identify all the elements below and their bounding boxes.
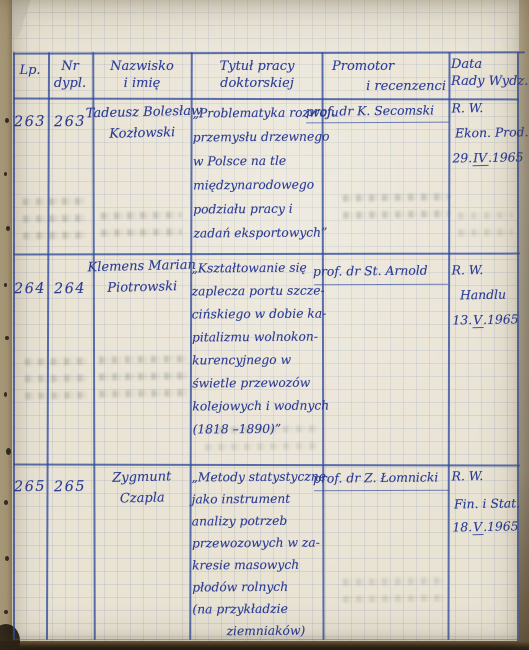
column-header-lp: Lp. xyxy=(13,62,47,79)
handwritten-line: (na przykładzie xyxy=(192,598,324,621)
handwritten-line: Data xyxy=(451,56,515,73)
handwritten-line: pitalizmu wolnokon- xyxy=(192,326,324,350)
handwritten-line: Nr xyxy=(47,58,93,75)
handwritten-line: zadań eksportowych” xyxy=(193,221,323,246)
handwritten-line: kolejowych i wodnych xyxy=(192,395,324,419)
handwritten-line: w Polsce na tle xyxy=(193,149,323,174)
handwritten-line: i recenzenci xyxy=(324,78,446,95)
stitch-dot xyxy=(4,172,7,176)
date-year: .1965 xyxy=(488,149,524,165)
handwritten-line: kresie masowych xyxy=(192,554,324,577)
faculty-abbreviation: Handlu xyxy=(452,286,516,302)
faculty-abbreviation: Ekon. Prod. xyxy=(452,124,516,140)
handwritten-line: przewozowych w za- xyxy=(192,532,324,555)
candidate-name-cell: Klemens MarianPiotrowski xyxy=(86,255,199,300)
date-month: V xyxy=(472,312,483,328)
handwritten-line: „Metody statystyczne xyxy=(191,466,323,489)
book-spine-edge xyxy=(0,0,12,650)
table-vertical-line xyxy=(517,52,519,642)
faculty-abbreviation: Fin. i Stat. xyxy=(452,495,516,511)
ink-bleed-through xyxy=(22,358,89,400)
handwritten-line: „Kształtowanie się xyxy=(191,257,323,281)
handwritten-line: Klemens Marian xyxy=(86,255,198,279)
column-header-name: Nazwiskoi imię xyxy=(94,58,190,92)
date-line: 18.V.1965 xyxy=(452,518,516,534)
handwritten-line: Tadeusz Bolesław xyxy=(86,101,198,125)
stitch-dot xyxy=(6,226,10,231)
handwritten-line: międzynarodowego xyxy=(193,173,323,198)
table-vertical-line xyxy=(46,52,50,640)
date-day: 13. xyxy=(452,312,472,327)
candidate-name-cell: ZygmuntCzapla xyxy=(86,466,199,511)
handwritten-line: Tytuł pracy xyxy=(192,58,322,75)
handwritten-line: płodów rolnych xyxy=(192,576,324,599)
thesis-title-cell: „Kształtowanie sięzaplecza portu szcze-c… xyxy=(191,257,324,442)
column-header-thesis-title: Tytuł pracydoktorskiej xyxy=(192,58,322,92)
promoter-underline xyxy=(314,284,448,286)
lp-number-cell: 263 xyxy=(13,114,47,132)
date-month: V xyxy=(472,519,483,535)
date-day: 29. xyxy=(452,150,472,165)
ink-bleed-through xyxy=(96,355,189,397)
council-date-cell: R. W. Handlu 13.V.1965 xyxy=(451,261,516,327)
council-abbreviation: R. W. xyxy=(451,467,515,483)
ink-bleed-through xyxy=(340,193,450,219)
promoter-underline xyxy=(314,490,449,492)
column-header-council-date: DataRady Wydz. xyxy=(451,56,515,90)
table-vertical-line xyxy=(447,52,450,640)
date-month: IV xyxy=(472,150,488,166)
council-abbreviation: R. W. xyxy=(451,261,515,277)
handwritten-line: Promotor xyxy=(324,58,446,75)
stitch-dot xyxy=(4,610,8,614)
date-year: .1965 xyxy=(483,311,519,327)
column-header-diploma-number: Nrdypl. xyxy=(47,58,93,92)
table-horizontal-line xyxy=(13,253,520,256)
handwritten-line: i imię xyxy=(94,75,190,92)
promoter-underline xyxy=(306,122,449,124)
stitch-dot xyxy=(5,336,9,340)
handwritten-line: Kozłowski xyxy=(86,122,198,146)
handwritten-line: „Problematyka rozwoju xyxy=(192,101,322,126)
handwritten-line: świetle przewozów xyxy=(192,372,324,396)
stitch-dot xyxy=(4,500,8,505)
handwritten-line: dypl. xyxy=(47,75,93,92)
thesis-title-cell: „Metody statystycznejako instrumentanali… xyxy=(191,466,324,643)
stitch-dot xyxy=(5,118,9,123)
ink-bleed-through xyxy=(20,198,89,240)
lp-number-cell: 264 xyxy=(13,281,47,299)
handwritten-line: cińskiego w dobie ka- xyxy=(192,303,324,327)
corner-shadow xyxy=(0,624,20,650)
handwritten-line: Zygmunt xyxy=(86,466,198,490)
handwritten-line: analizy potrzeb xyxy=(192,510,324,533)
ink-bleed-through xyxy=(455,212,513,237)
stitch-dot xyxy=(5,556,9,561)
lp-number-cell: 265 xyxy=(13,479,47,497)
handwritten-line: doktorskiej xyxy=(192,75,322,92)
handwritten-line: Rady Wydz. xyxy=(451,73,515,90)
column-header-promoter: Promotor i recenzenci xyxy=(324,58,446,95)
handwritten-line: jako instrument xyxy=(192,488,324,511)
stitch-dot xyxy=(4,283,7,287)
page-right-edge xyxy=(519,0,529,650)
handwritten-line: Piotrowski xyxy=(86,276,198,300)
candidate-name-cell: Tadeusz BolesławKozłowski xyxy=(86,101,199,146)
ink-bleed-through xyxy=(340,577,446,602)
handwritten-line: (1818 –1890)” xyxy=(192,418,324,442)
thesis-title-cell: „Problematyka rozwojuprzemysłu drzewnego… xyxy=(192,101,323,246)
promoter-cell: prof. dr St. Arnold xyxy=(313,261,453,279)
promoter-cell: prof. dr Z. Łomnicki xyxy=(313,468,453,486)
handwritten-line: kurencyjnego w xyxy=(192,349,324,373)
scanned-register-page: Lp. Nrdypl. Nazwiskoi imię Tytuł pracydo… xyxy=(0,0,529,650)
stitch-dot xyxy=(6,448,11,455)
date-day: 18. xyxy=(452,519,472,534)
council-date-cell: R. W. Ekon. Prod. 29.IV.1965 xyxy=(451,99,516,165)
handwritten-line: Czapla xyxy=(86,487,198,511)
handwritten-line: ziemniaków) xyxy=(192,620,324,643)
handwritten-line: przemysłu drzewnego xyxy=(193,125,323,150)
table-vertical-line xyxy=(13,52,15,640)
stitch-dot xyxy=(4,392,7,397)
date-line: 29.IV.1965 xyxy=(452,149,516,165)
book-bottom-edge xyxy=(0,641,529,650)
council-date-cell: R. W. Fin. i Stat. 18.V.1965 xyxy=(451,467,516,534)
table-horizontal-line xyxy=(13,98,519,101)
date-year: .1965 xyxy=(483,518,519,534)
handwritten-line: podziału pracy i xyxy=(193,197,323,222)
handwritten-line: Nazwisko xyxy=(94,58,190,75)
promoter-cell: prof. dr K. Secomski xyxy=(306,101,456,120)
date-line: 13.V.1965 xyxy=(452,311,516,327)
ink-bleed-through xyxy=(98,211,182,236)
handwritten-line: zaplecza portu szcze- xyxy=(192,280,324,304)
council-abbreviation: R. W. xyxy=(451,99,515,115)
